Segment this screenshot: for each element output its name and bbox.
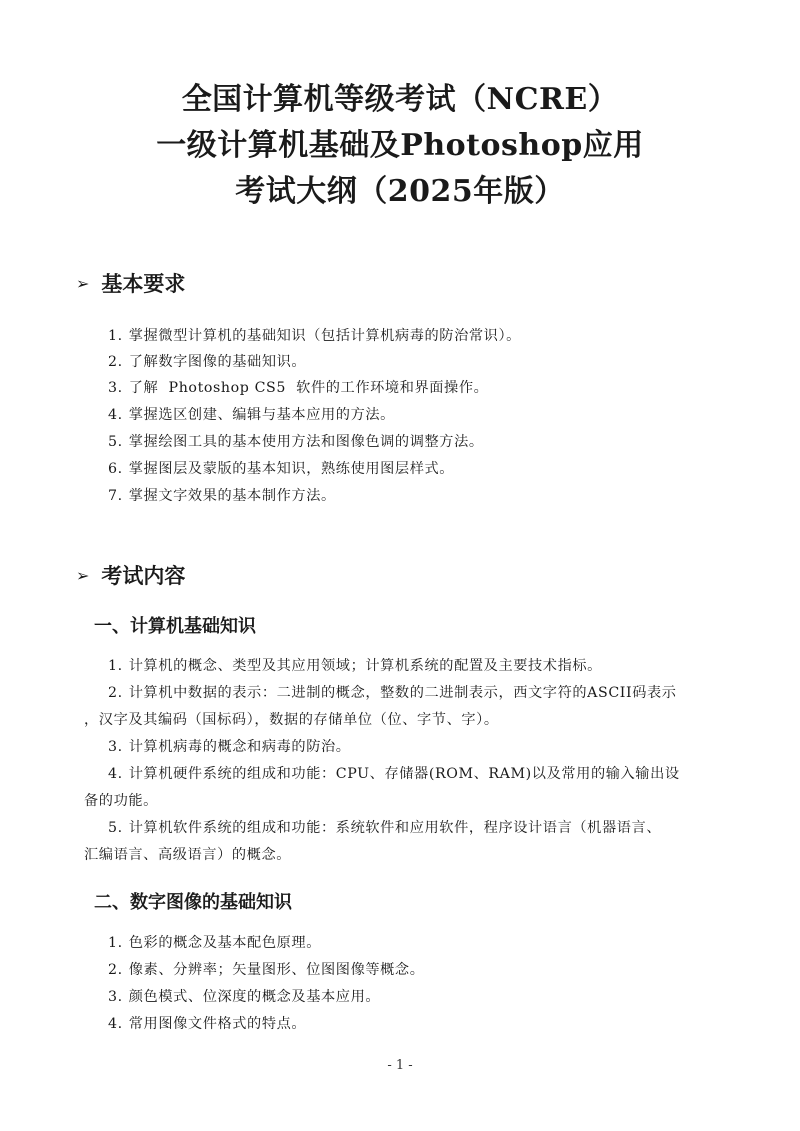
list-item: 5.计算机软件系统的组成和功能：系统软件和应用软件，程序设计语言（机器语言、 bbox=[108, 818, 661, 838]
section-heading-exam-content: ➢ 考试内容 bbox=[76, 560, 185, 590]
section-heading-basic-requirements: ➢ 基本要求 bbox=[76, 268, 185, 298]
list-item: 1.计算机的概念、类型及其应用领域；计算机系统的配置及主要技术指标。 bbox=[108, 656, 602, 676]
list-item: 3.了解 Photoshop CS5 软件的工作环境和界面操作。 bbox=[108, 378, 488, 398]
section-heading-text: 考试内容 bbox=[101, 560, 185, 590]
list-item: 1.掌握微型计算机的基础知识（包括计算机病毒的防治常识）。 bbox=[108, 326, 521, 346]
doc-title-line-2: 一级计算机基础及Photoshop应用 bbox=[0, 126, 800, 166]
list-item: 4.常用图像文件格式的特点。 bbox=[108, 1014, 306, 1034]
subsection-heading-computer-basics: 一、计算机基础知识 bbox=[94, 612, 256, 638]
list-item: 2.计算机中数据的表示：二进制的概念，整数的二进制表示，西文字符的ASCII码表… bbox=[108, 683, 677, 703]
list-item-continuation: 备的功能。 bbox=[84, 791, 158, 811]
page-number: - 1 - bbox=[0, 1058, 800, 1073]
list-item-continuation: ，汉字及其编码（国标码），数据的存储单位（位、字节、字）。 bbox=[84, 710, 499, 730]
list-item: 3.计算机病毒的概念和病毒的防治。 bbox=[108, 737, 351, 757]
list-item: 3.颜色模式、位深度的概念及基本应用。 bbox=[108, 987, 380, 1007]
section-heading-text: 基本要求 bbox=[101, 268, 185, 298]
list-item: 1.色彩的概念及基本配色原理。 bbox=[108, 933, 321, 953]
list-item: 2.了解数字图像的基础知识。 bbox=[108, 352, 306, 372]
list-item: 5.掌握绘图工具的基本使用方法和图像色调的调整方法。 bbox=[108, 432, 484, 452]
doc-title-line-1: 全国计算机等级考试（NCRE） bbox=[0, 80, 800, 120]
list-item: 4.计算机硬件系统的组成和功能：CPU、存储器(ROM、RAM)以及常用的输入输… bbox=[108, 764, 680, 784]
list-item: 4.掌握选区创建、编辑与基本应用的方法。 bbox=[108, 405, 395, 425]
doc-title-line-3: 考试大纲（2025年版） bbox=[0, 172, 800, 212]
arrow-bullet-icon: ➢ bbox=[76, 274, 89, 293]
list-item: 2.像素、分辨率；矢量图形、位图图像等概念。 bbox=[108, 960, 425, 980]
subsection-heading-digital-image-basics: 二、数字图像的基础知识 bbox=[94, 888, 292, 914]
list-item-continuation: 汇编语言、高级语言）的概念。 bbox=[84, 845, 291, 865]
list-item: 7.掌握文字效果的基本制作方法。 bbox=[108, 486, 336, 506]
arrow-bullet-icon: ➢ bbox=[76, 566, 89, 585]
list-item: 6.掌握图层及蒙版的基本知识，熟练使用图层样式。 bbox=[108, 459, 454, 479]
